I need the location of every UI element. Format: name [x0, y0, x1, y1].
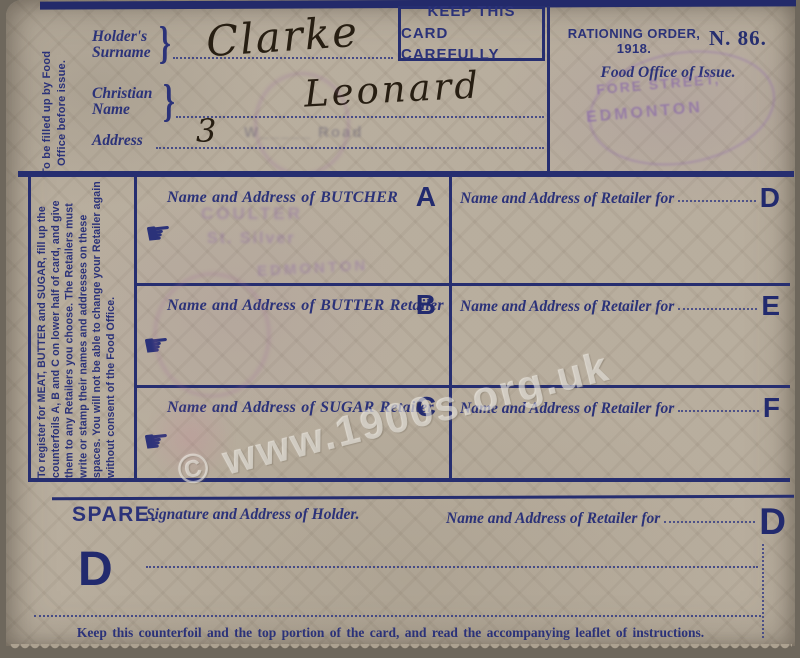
retailer-d-label: Name and Address of Retailer for — [460, 186, 674, 208]
butcher-stamp-town: EDMONTON — [257, 257, 369, 280]
christian-name-handwritten-value: Leonard — [303, 63, 482, 115]
counterfoil-letter-b: B — [416, 289, 436, 321]
address-label: Address — [92, 133, 143, 149]
retailer-d-cell: Name and Address of Retailer forD — [452, 178, 790, 283]
keep-notice-line1: KEEP THIS — [428, 1, 516, 23]
retailer-e-label: Name and Address of Retailer for — [460, 294, 674, 316]
counterfoil-b-cell: Name and Address of BUTTER Retailer B ☛ — [137, 286, 449, 385]
keep-notice-line2: CARD CAREFULLY — [401, 23, 542, 67]
cell-letter-f: F — [763, 394, 780, 422]
brace-glyph: } — [163, 77, 175, 128]
dotted-leader — [678, 294, 757, 310]
spare-letter-d-left: D — [78, 542, 113, 597]
counterfoil-a-cell: Name and Address of BUTCHER A ☛ COULTER … — [137, 178, 449, 283]
counterfoil-letter-a: A — [416, 181, 436, 213]
spare-writing-line-2 — [34, 615, 761, 617]
spare-letter-d-right: D — [759, 503, 786, 540]
fill-up-side-note: To be filled up by Food Office before is… — [40, 50, 76, 176]
dotted-leader — [678, 186, 755, 202]
footer-instruction: Keep this counterfoil and the top portio… — [6, 625, 775, 641]
pointing-hand-icon: ☛ — [141, 327, 171, 365]
ration-card: To be filled up by Food Office before is… — [6, 0, 795, 646]
spare-top-line — [52, 495, 794, 501]
rationing-order-year: 1918. — [558, 42, 710, 57]
dotted-leader — [678, 396, 759, 412]
spare-writing-line-1 — [146, 566, 758, 568]
spare-retailer-label: Name and Address of Retailer for — [446, 503, 660, 528]
christian-name-label: Christian Name — [92, 86, 174, 119]
christian-name-writing-line — [176, 116, 544, 118]
serial-number: N. 86. — [709, 26, 767, 51]
butcher-stamp-name: COULTER — [201, 204, 303, 224]
grid-line-left — [28, 177, 31, 480]
card-deckle-edge — [10, 644, 792, 652]
address-handwritten-value: 3 — [196, 112, 216, 150]
cell-letter-e: E — [761, 292, 780, 320]
spare-title: SPARE. — [72, 503, 158, 527]
rationing-order-line1: RATIONING ORDER, — [558, 27, 710, 42]
perforation-dotted-line — [762, 544, 764, 638]
pointing-hand-icon: ☛ — [141, 423, 171, 461]
header-divider-line — [547, 6, 550, 172]
rationing-order-title: RATIONING ORDER, 1918. — [558, 27, 710, 57]
register-instructions: To register for MEAT, BUTTER and SUGAR, … — [36, 181, 134, 478]
signature-of-holder-label: Signature and Address of Holder. — [146, 506, 359, 524]
butcher-stamp-street: St. Silver — [207, 230, 295, 248]
brace-glyph: } — [159, 19, 171, 70]
keep-this-card-box: KEEP THIS CARD CAREFULLY — [398, 6, 545, 61]
spare-retailer-row: Name and Address of Retailer for D — [446, 503, 786, 540]
office-stamp-town: EDMONTON — [585, 99, 703, 127]
pointing-hand-icon: ☛ — [143, 215, 173, 253]
address-stamp-text: W_____ Road — [244, 124, 364, 141]
cell-letter-d: D — [760, 184, 780, 212]
faint-stamp-circle — [153, 272, 271, 398]
butter-cell-label: Name and Address of BUTTER Retailer — [167, 297, 444, 315]
dotted-leader — [664, 503, 755, 523]
